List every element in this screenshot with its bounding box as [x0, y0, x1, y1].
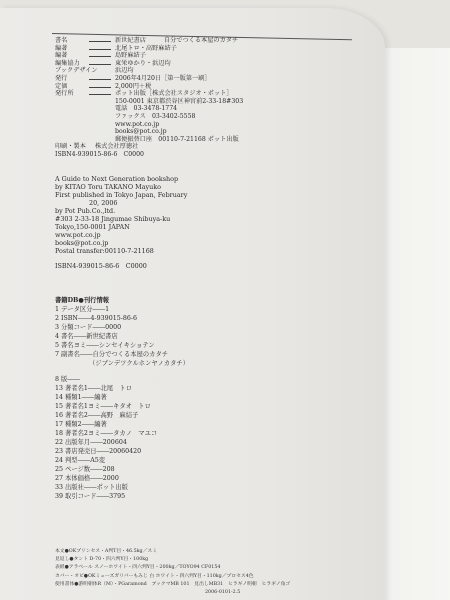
print-code: 2006-0101-2.5 — [55, 589, 290, 597]
db-line: 5 書名ヨミ――シンセイキショテン — [55, 341, 189, 350]
colophon-row: ブックデザイン 浜辺均 — [55, 67, 243, 75]
db-line: 4 書名――新世紀書店 — [55, 332, 189, 341]
print-specs-footer: 本文●OKプリンセス・A判T目・46.5kg／スミ 見返し●タント D-70・四… — [55, 548, 290, 597]
db-line: 17 種類2――編著 — [55, 420, 189, 429]
book-db-heading: 書籍DB●刊行情報 — [55, 296, 189, 305]
colophon-row: 編著 島野麻結子 — [55, 52, 243, 60]
isbn-en: ISBN4-939015-86-6 C0000 — [55, 262, 187, 270]
colophon-row: 書名 新世紀書店 自分でつくる本屋のカタチ — [55, 37, 243, 45]
db-line: 25 ページ数――208 — [55, 465, 189, 474]
db-line: 16 著者名2――高野 麻結子 — [55, 411, 189, 420]
book-title: 自分でつくる本屋のカタチ — [164, 37, 238, 45]
db-line: 27 本体価格――2000 — [55, 474, 189, 483]
db-line: 3 分類コード――0000 — [55, 323, 189, 332]
printer-row: 印刷・製本 株式会社厚徳社 — [55, 143, 243, 151]
colophon-row: 発行 2006年4月20日［第一版第一刷］ — [55, 75, 243, 83]
db-line: 23 書店発売日――20060420 — [55, 447, 189, 456]
db-line: 33 出版社――ポット出版 — [55, 483, 189, 492]
colophon-row: 編著 北尾トロ・高野麻結子 — [55, 45, 243, 53]
db-line: 13 著者名1――北尾 トロ — [55, 384, 189, 393]
db-line: 22 出版年月――200604 — [55, 438, 189, 447]
colophon-row: 発行所 ポット出版［株式会社スタジオ・ポット］ — [55, 90, 243, 98]
isbn-jp: ISBN4-939015-86-6 C0000 — [55, 151, 243, 159]
publisher-address: 150-0001 東京都渋谷区神宮前2-33-18#303 電話 03-3478… — [55, 98, 243, 144]
db-line: 14 種類1――編著 — [55, 393, 189, 402]
db-line: （ジブンデツクルホンヤノカタチ） — [55, 359, 189, 368]
english-colophon: A Guide to Next Generation bookshop by K… — [55, 175, 187, 270]
db-line: 24 判型――A5変 — [55, 456, 189, 465]
book-db-block: 書籍DB●刊行情報 1 データ区分――1 2 ISBN――4-939015-86… — [55, 296, 189, 501]
colophon-block: 書名 新世紀書店 自分でつくる本屋のカタチ 編著 北尾トロ・高野麻結子 編著 島… — [55, 37, 243, 159]
db-line: 39 取引コード――3795 — [55, 492, 189, 501]
db-line: 8 版―― — [55, 375, 189, 384]
colophon-page: 書名 新世紀書店 自分でつくる本屋のカタチ 編著 北尾トロ・高野麻結子 編著 島… — [0, 8, 385, 600]
db-line: 18 著者名2ヨミ――タカノ マユコ — [55, 429, 189, 438]
db-line: 15 著者名1ヨミ――キタオ トロ — [55, 402, 189, 411]
db-line: 7 副書名――自分でつくる本屋のカタチ — [55, 350, 189, 359]
db-line: 1 データ区分――1 — [55, 305, 189, 314]
db-line: 2 ISBN――4-939015-86-6 — [55, 314, 189, 323]
